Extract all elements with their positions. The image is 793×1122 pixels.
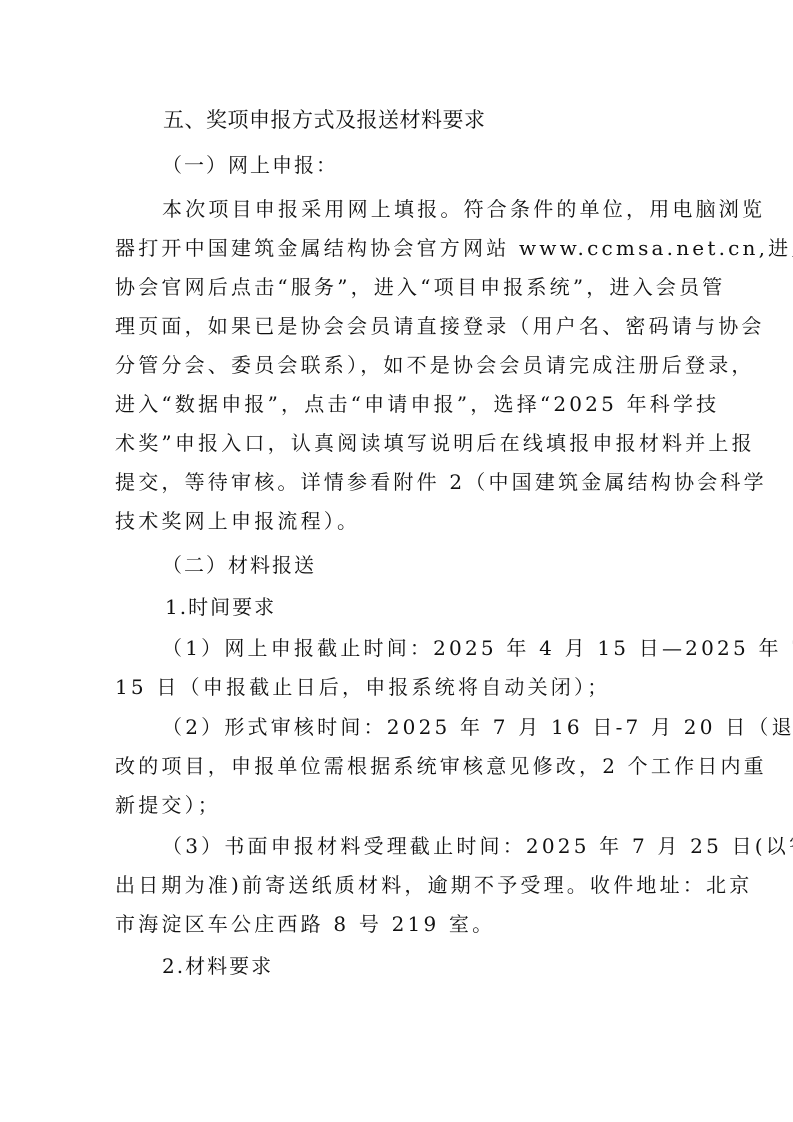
material-requirements-heading: 2.材料要求 [162, 954, 273, 978]
item-line: 出日期为准)前寄送纸质材料，逾期不予受理。收件地址：北京 [115, 873, 752, 897]
paragraph-line: 器打开中国建筑金属结构协会官方网站 www.ccmsa.net.cn,进入 [115, 236, 793, 260]
section-heading: 五、奖项申报方式及报送材料要求 [163, 108, 486, 132]
paragraph-line: 术奖”申报入口，认真阅读填写说明后在线填报申报材料并上报 [115, 431, 755, 455]
paragraph-line: 分管分会、委员会联系），如不是协会会员请完成注册后登录， [115, 353, 755, 377]
time-requirements-heading: 1.时间要求 [165, 595, 276, 619]
paragraph-line: 提交，等待审核。详情参看附件 2（中国建筑金属结构协会科学 [115, 470, 767, 494]
materials-submission-heading: （二）材料报送 [162, 553, 316, 577]
document-page: 五、奖项申报方式及报送材料要求 （一）网上申报： 本次项目申报采用网上填报。符合… [0, 0, 793, 1122]
paragraph-line: 协会官网后点击“服务”，进入“项目申报系统”，进入会员管 [115, 275, 726, 299]
item-line: （2）形式审核时间：2025 年 7 月 16 日-7 月 20 日（退回修 [162, 715, 793, 739]
item-line: 市海淀区车公庄西路 8 号 219 室。 [115, 912, 495, 936]
paragraph-line: 理页面，如果已是协会会员请直接登录（用户名、密码请与协会 [115, 314, 765, 338]
online-application-heading: （一）网上申报： [162, 153, 338, 177]
paragraph-line: 技术奖网上申报流程）。 [115, 509, 360, 533]
paragraph-line: 本次项目申报采用网上填报。符合条件的单位，用电脑浏览 [162, 197, 765, 221]
item-line: 15 日（申报截止日后，申报系统将自动关闭）； [115, 675, 610, 699]
item-line: 新提交）； [115, 793, 221, 817]
item-line: 改的项目，申报单位需根据系统审核意见修改，2 个工作日内重 [115, 754, 767, 778]
paragraph-line: 进入“数据申报”，点击“申请申报”，选择“2025 年科学技 [115, 392, 719, 416]
item-line: （3）书面申报材料受理截止时间：2025 年 7 月 25 日(以寄 [162, 834, 793, 858]
item-line: （1）网上申报截止时间：2025 年 4 月 15 日—2025 年 7 月 [162, 636, 793, 660]
